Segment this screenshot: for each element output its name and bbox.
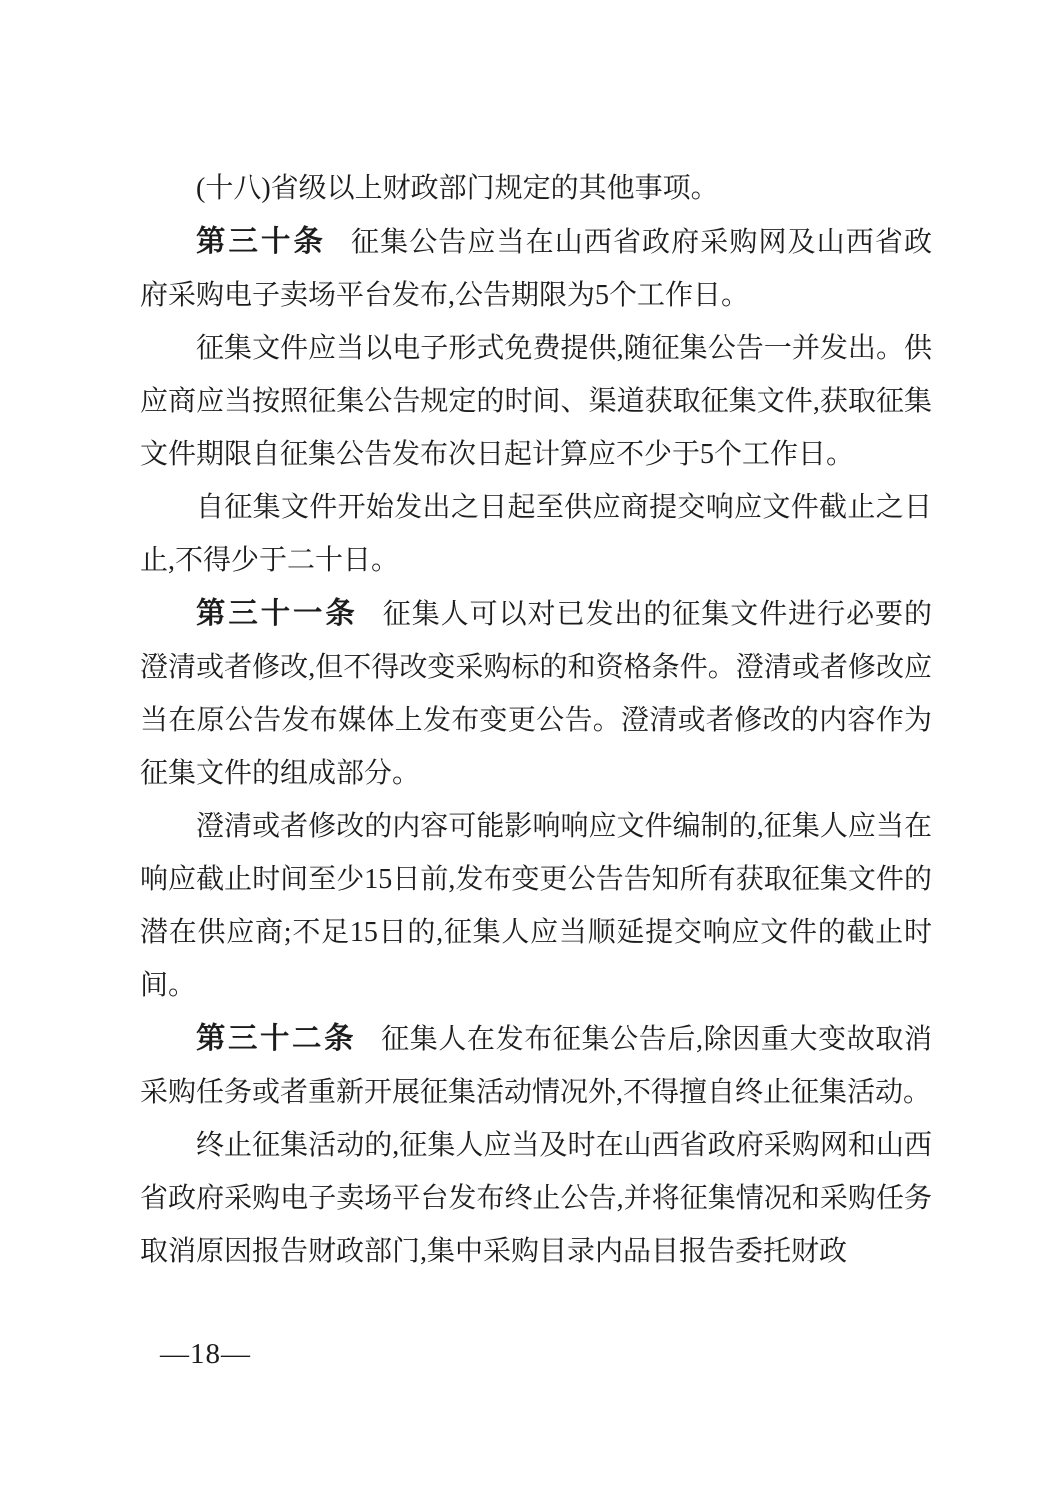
paragraph-clarification: 澄清或者修改的内容可能影响响应文件编制的,征集人应当在响应截止时间至少15日前,… (140, 800, 932, 1012)
paragraph-text: 征集文件应当以电子形式免费提供,随征集公告一并发出。供应商应当按照征集公告规定的… (140, 333, 932, 470)
paragraph-article-30: 第三十条征集公告应当在山西省政府采购网及山西省政府采购电子卖场平台发布,公告期限… (140, 215, 932, 322)
article-number: 第三十二条 (196, 1022, 356, 1055)
page-footer: —18— (160, 1334, 251, 1374)
paragraph-collection-documents: 征集文件应当以电子形式免费提供,随征集公告一并发出。供应商应当按照征集公告规定的… (140, 322, 932, 481)
paragraph-item-18: (十八)省级以上财政部门规定的其他事项。 (140, 162, 932, 215)
text-column: (十八)省级以上财政部门规定的其他事项。 第三十条征集公告应当在山西省政府采购网… (140, 162, 932, 1278)
paragraph-termination: 终止征集活动的,征集人应当及时在山西省政府采购网和山西省政府采购电子卖场平台发布… (140, 1119, 932, 1278)
document-page: (十八)省级以上财政部门规定的其他事项。 第三十条征集公告应当在山西省政府采购网… (0, 0, 1060, 1500)
paragraph-text: 澄清或者修改的内容可能影响响应文件编制的,征集人应当在响应截止时间至少15日前,… (140, 811, 932, 1001)
article-number: 第三十条 (196, 225, 326, 258)
paragraph-text: 终止征集活动的,征集人应当及时在山西省政府采购网和山西省政府采购电子卖场平台发布… (140, 1130, 932, 1267)
paragraph-text: 自征集文件开始发出之日起至供应商提交响应文件截止之日止,不得少于二十日。 (140, 492, 932, 576)
page-number: —18— (160, 1338, 251, 1370)
paragraph-deadline: 自征集文件开始发出之日起至供应商提交响应文件截止之日止,不得少于二十日。 (140, 481, 932, 587)
paragraph-text: (十八)省级以上财政部门规定的其他事项。 (196, 173, 719, 204)
paragraph-article-31: 第三十一条征集人可以对已发出的征集文件进行必要的澄清或者修改,但不得改变采购标的… (140, 587, 932, 800)
article-number: 第三十一条 (196, 597, 358, 630)
paragraph-article-32: 第三十二条征集人在发布征集公告后,除因重大变故取消采购任务或者重新开展征集活动情… (140, 1012, 932, 1119)
